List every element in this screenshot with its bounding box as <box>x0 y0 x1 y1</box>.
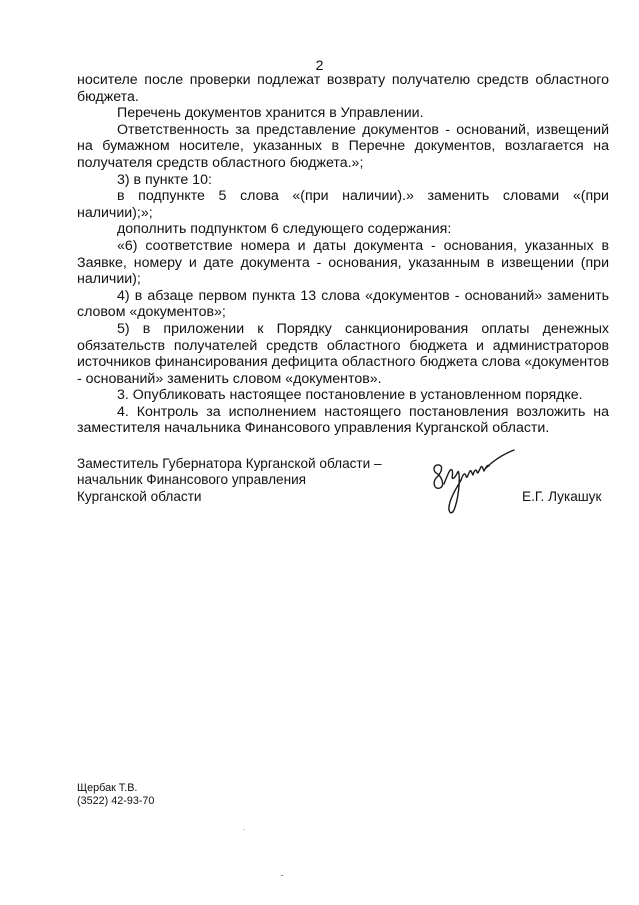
paragraph: 3. Опубликовать настоящее постановление … <box>77 387 609 404</box>
document-body: носителе после проверки подлежат возврат… <box>77 72 609 437</box>
handwritten-signature-icon <box>428 444 518 520</box>
signatory-position: Заместитель Губернатора Курганской облас… <box>77 456 382 505</box>
footer-executor: Щербак Т.В. (3522) 42-93-70 <box>77 782 154 808</box>
paragraph: носителе после проверки подлежат возврат… <box>77 72 609 105</box>
signatory-position-line: Заместитель Губернатора Курганской облас… <box>77 456 382 472</box>
paragraph: в подпункте 5 слова «(при наличии).» зам… <box>77 188 609 221</box>
paragraph: 4) в абзаце первом пункта 13 слова «доку… <box>77 288 609 321</box>
page-number: 2 <box>0 57 639 73</box>
signatory-position-line: Курганской области <box>77 489 382 505</box>
executor-phone: (3522) 42-93-70 <box>77 795 154 808</box>
scan-speck <box>243 829 245 830</box>
signatory-name: Е.Г. Лукашук <box>522 489 601 505</box>
paragraph: Перечень документов хранится в Управлени… <box>77 105 609 122</box>
paragraph: Ответственность за представление докумен… <box>77 122 609 172</box>
scan-speck <box>281 875 283 876</box>
signatory-position-line: начальник Финансового управления <box>77 472 382 488</box>
paragraph: 4. Контроль за исполнением настоящего по… <box>77 404 609 437</box>
paragraph: 5) в приложении к Порядку санкционирован… <box>77 321 609 387</box>
paragraph: 3) в пункте 10: <box>77 172 609 189</box>
executor-name: Щербак Т.В. <box>77 782 154 795</box>
paragraph: дополнить подпунктом 6 следующего содерж… <box>77 221 609 238</box>
paragraph: «6) соответствие номера и даты документа… <box>77 238 609 288</box>
